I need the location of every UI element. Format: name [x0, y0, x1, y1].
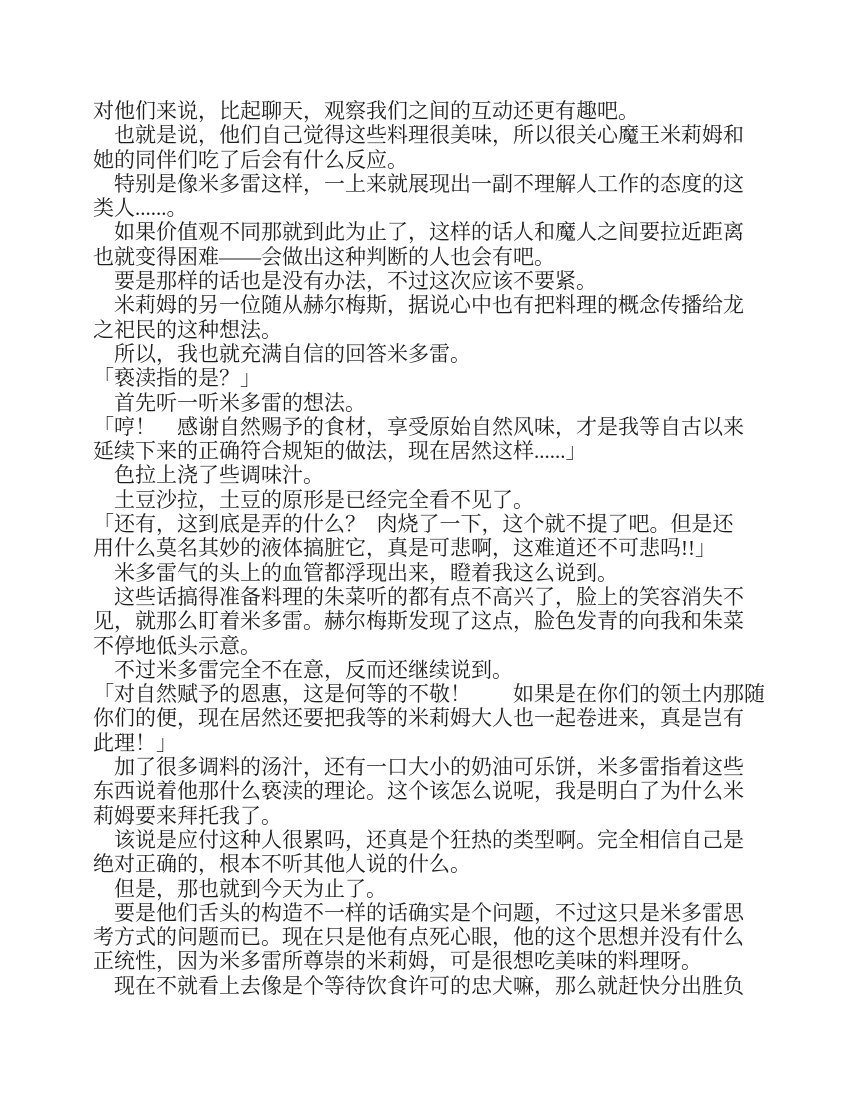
text-line: 米多雷气的头上的血管都浮现出来，瞪着我这么说到。: [93, 561, 783, 585]
text-line-dialogue: 「对自然赋予的恩惠，这是何等的不敬！ 如果是在你们的领土内那随: [93, 682, 783, 706]
text-line: 她的同伴们吃了后会有什么反应。: [93, 148, 783, 172]
text-line: 加了很多调料的汤汁，还有一口大小的奶油可乐饼，米多雷指着这些: [93, 755, 783, 779]
text-line: 这些话搞得准备料理的朱菜听的都有点不高兴了，脸上的笑容消失不: [93, 585, 783, 609]
text-line-dialogue: 「还有，这到底是弄的什么？ 肉烧了一下，这个就不提了吧。但是还: [93, 512, 783, 536]
text-line: 考方式的问题而已。现在只是他有点死心眼，他的这个思想并没有什么: [93, 925, 783, 949]
text-line: 特别是像米多雷这样，一上来就展现出一副不理解人工作的态度的这: [93, 172, 783, 196]
text-line: 要是那样的话也是没有办法，不过这次应该不要紧。: [93, 269, 783, 293]
text-line: 不过米多雷完全不在意，反而还继续说到。: [93, 658, 783, 682]
text-line-dialogue: 此理！」: [93, 731, 783, 755]
text-line-dialogue: 你们的便，现在居然还要把我等的米莉姆大人也一起卷进来，真是岂有: [93, 706, 783, 730]
text-line: 但是，那也就到今天为止了。: [93, 877, 783, 901]
text-line: 绝对正确的，根本不听其他人说的什么。: [93, 852, 783, 876]
text-line: 东西说着他那什么亵渎的理论。这个该怎么说呢，我是明白了为什么米: [93, 779, 783, 803]
novel-page: 对他们来说，比起聊天，观察我们之间的互动还更有趣吧。 也就是说，他们自己觉得这些…: [0, 0, 850, 1100]
text-line: 之祀民的这种想法。: [93, 318, 783, 342]
text-line: 色拉上浇了些调味汁。: [93, 463, 783, 487]
text-line-dialogue: 「亵渎指的是？」: [93, 366, 783, 390]
text-line: 莉姆要来拜托我了。: [93, 804, 783, 828]
text-line: 所以，我也就充满自信的回答米多雷。: [93, 342, 783, 366]
text-line: 该说是应付这种人很累吗，还真是个狂热的类型啊。完全相信自己是: [93, 828, 783, 852]
text-line: 正统性，因为米多雷所尊崇的米莉姆，可是很想吃美味的料理呀。: [93, 949, 783, 973]
text-line: 类人......。: [93, 196, 783, 220]
text-line: 也就变得困难——会做出这种判断的人也会有吧。: [93, 245, 783, 269]
text-line-dialogue: 「哼！ 感谢自然赐予的食材，享受原始自然风味，才是我等自古以来: [93, 415, 783, 439]
text-line: 土豆沙拉，土豆的原形是已经完全看不见了。: [93, 488, 783, 512]
text-line: 米莉姆的另一位随从赫尔梅斯，据说心中也有把料理的概念传播给龙: [93, 293, 783, 317]
text-line-dialogue: 用什么莫名其妙的液体搞脏它，真是可悲啊，这难道还不可悲吗!!」: [93, 536, 783, 560]
text-line: 如果价值观不同那就到此为止了，这样的话人和魔人之间要拉近距离: [93, 220, 783, 244]
text-line: 要是他们舌头的构造不一样的话确实是个问题，不过这只是米多雷思: [93, 901, 783, 925]
novel-text-block: 对他们来说，比起聊天，观察我们之间的互动还更有趣吧。 也就是说，他们自己觉得这些…: [93, 99, 783, 998]
text-line-dialogue: 延续下来的正确符合规矩的做法，现在居然这样......」: [93, 439, 783, 463]
text-line: 不停地低头示意。: [93, 634, 783, 658]
text-line: 也就是说，他们自己觉得这些料理很美味，所以很关心魔王米莉姆和: [93, 123, 783, 147]
text-line: 现在不就看上去像是个等待饮食许可的忠犬嘛，那么就赶快分出胜负: [93, 974, 783, 998]
text-line: 对他们来说，比起聊天，观察我们之间的互动还更有趣吧。: [93, 99, 783, 123]
text-line: 见，就那么盯着米多雷。赫尔梅斯发现了这点，脸色发青的向我和朱菜: [93, 609, 783, 633]
text-line: 首先听一听米多雷的想法。: [93, 391, 783, 415]
